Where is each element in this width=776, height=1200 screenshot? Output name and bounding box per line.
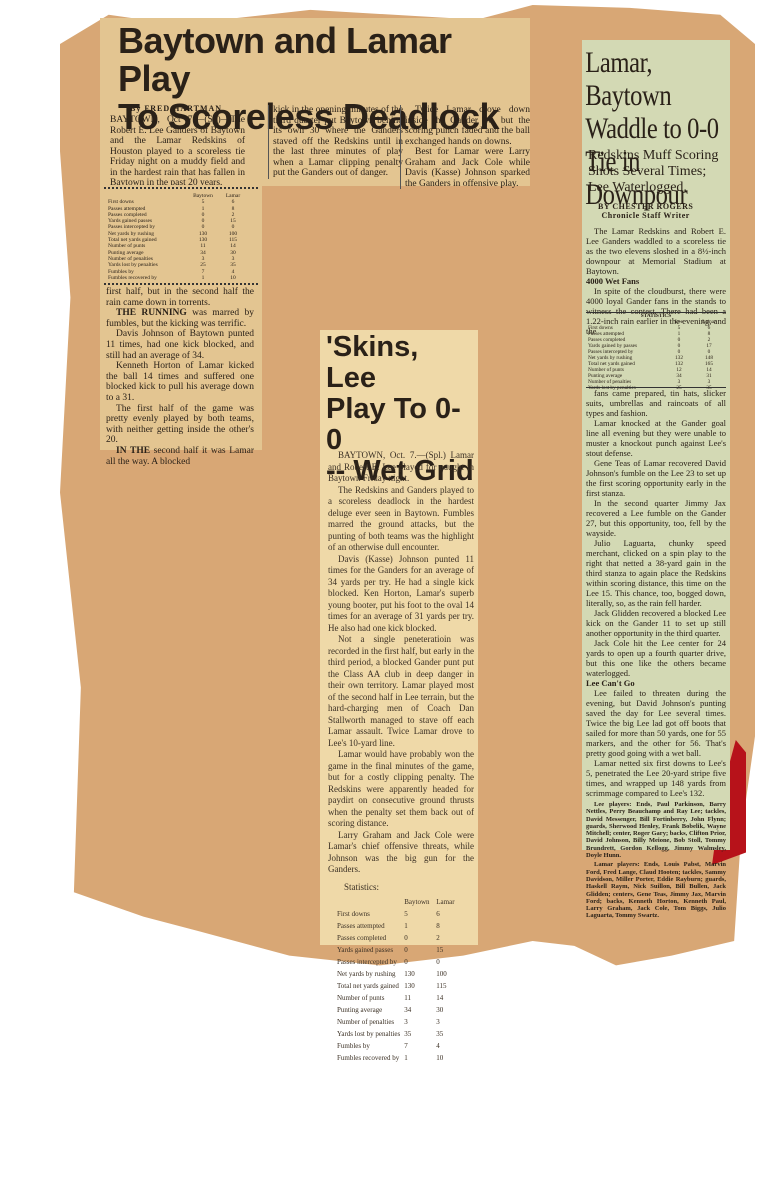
paragraph: Kenneth Horton of Lamar kicked the ball …: [106, 361, 254, 403]
stats-table-grid: LeeLamarFirst downs56Passes attempted18P…: [588, 319, 724, 391]
stats-header-cell: Baytown: [403, 897, 433, 907]
stats-label: Fumbles by: [336, 1041, 401, 1051]
stats-value: 1: [403, 1053, 433, 1063]
subheadline: Redskins Muff Scoring Shots Several Time…: [588, 148, 718, 196]
stats-box: STATISTICS LeeLamarFirst downs56Passes a…: [588, 313, 724, 391]
stats-label: Passes completed: [336, 933, 401, 943]
stats-value: 14: [435, 993, 465, 1003]
paragraph-lead: IN THE: [116, 446, 150, 456]
paragraph: Julio Laguarta, chunky speed merchant, c…: [586, 538, 726, 608]
stats-label: First downs: [336, 909, 401, 919]
stats-value: 100: [435, 969, 465, 979]
stats-label: Total net yards gained: [336, 981, 401, 991]
stats-label: Fumbles recovered by: [336, 1053, 401, 1063]
stats-row: Net yards by rushing130100: [336, 969, 465, 979]
paragraph: In the second quarter Jimmy Jax recovere…: [586, 498, 726, 538]
paragraph: Larry Graham and Jack Cole were Lamar's …: [328, 830, 474, 876]
column-text: Twice Lamar drove down inside the Gander…: [405, 105, 530, 147]
paragraph: fans came prepared, tin hats, slicker su…: [586, 388, 726, 418]
headline-line: Waddle to 0-0: [585, 112, 733, 145]
paragraph-lead: THE RUNNING: [116, 308, 187, 318]
stats-table: BaytownLamarFirst downs56Passes attempte…: [108, 193, 248, 281]
stats-row: Passes intercepted by00: [336, 957, 465, 967]
paragraph: Davis (Kasse) Johnson punted 11 times fo…: [328, 554, 474, 635]
stats-row: Passes attempted18: [336, 921, 465, 931]
stats-row: Number of penalties33: [336, 1017, 465, 1027]
stats-value: 10: [218, 275, 248, 281]
paragraph: THE RUNNING was marred by fumbles, but t…: [106, 308, 254, 329]
paragraph: Lee failed to threaten during the evenin…: [586, 688, 726, 758]
stats-label: Number of punts: [336, 993, 401, 1003]
stats-value: 115: [435, 981, 465, 991]
paragraph: Lamar netted six first downs to Lee's 5,…: [586, 758, 726, 798]
stats-label: Number of penalties: [336, 1017, 401, 1027]
stats-row: Yards gained passes015: [336, 945, 465, 955]
stats-row: Punting average3430: [336, 1005, 465, 1015]
stats-label: Yards gained passes: [336, 945, 401, 955]
stats-value: 1: [188, 275, 218, 281]
stats-value: 34: [403, 1005, 433, 1015]
stats-value: 15: [435, 945, 465, 955]
paragraph-text: Kenneth Horton of Lamar kicked the ball …: [106, 361, 254, 403]
stats-label: Passes intercepted by: [336, 957, 401, 967]
clipping-lamar-baytown-waddle: Lamar, Baytown Waddle to 0-0 Tie in Down…: [582, 40, 730, 850]
stats-table-grid: BaytownLamarFirst downs56Passes attempte…: [108, 193, 248, 281]
lee-players-list: Lee players: Ends, Paul Parkinson, Barry…: [586, 801, 726, 859]
stats-value: 130: [403, 981, 433, 991]
stats-value: 1: [403, 921, 433, 931]
headline-line: 'Skins, Lee: [326, 332, 474, 394]
paragraph: Jack Cole hit the Lee center for 24 yard…: [586, 638, 726, 678]
paragraph: Lamar would have probably won the game i…: [328, 749, 474, 830]
column-text: Best for Lamar were Larry Graham and Jac…: [405, 147, 530, 189]
stats-value: 6: [435, 909, 465, 919]
divider: [104, 283, 258, 285]
paragraph: first half, but in the second half the r…: [106, 287, 254, 308]
paragraph: Jack Glidden recovered a blocked Lee kic…: [586, 608, 726, 638]
paragraph: Lamar knocked at the Gander goal line al…: [586, 418, 726, 458]
subheadline-line: Shots Several Times;: [588, 164, 718, 180]
headline-line: Play To 0-0: [326, 394, 474, 456]
stats-value: 2: [435, 933, 465, 943]
stats-row: Passes completed02: [336, 933, 465, 943]
paragraph: Not a single peneteratioin was recorded …: [328, 634, 474, 749]
section-subhead: 4000 Wet Fans: [586, 276, 726, 286]
stats-row: Yards lost by penalties3535: [336, 1029, 465, 1039]
byline-name: BY CHESTER ROGERS: [598, 202, 693, 211]
stats-label: Yards lost by penalties: [336, 1029, 401, 1039]
subheadline-line: Redskins Muff Scoring: [588, 148, 718, 164]
stats-value: 35: [403, 1029, 433, 1039]
stats-value: 35: [435, 1029, 465, 1039]
stats-value: 30: [435, 1005, 465, 1015]
paragraph: The first half of the game was pretty ev…: [106, 404, 254, 446]
stats-value: 0: [403, 933, 433, 943]
stats-value: 8: [435, 921, 465, 931]
paragraph: BAYTOWN, Oct. 7.—(Spl.) Lamar and Robert…: [328, 450, 474, 485]
section-subhead: Lee Can't Go: [586, 678, 726, 688]
paragraph-text: The first half of the game was pretty ev…: [106, 404, 254, 446]
byline: By FRED HARTMAN: [130, 104, 222, 113]
stats-row: Fumbles recovered by110: [336, 1053, 465, 1063]
stats-label: Punting average: [336, 1005, 401, 1015]
paragraph: The Lamar Redskins and Robert E. Lee Gan…: [586, 226, 726, 276]
paragraph: IN THE second half it was Lamar all the …: [106, 446, 254, 467]
stats-value: 0: [435, 957, 465, 967]
stats-value: 3: [435, 1017, 465, 1027]
paragraph-text: Davis Johnson of Baytown punted 11 times…: [106, 329, 254, 360]
stats-value: 0: [403, 945, 433, 955]
paragraph-text: first half, but in the second half the r…: [106, 287, 254, 308]
paragraph: The Redskins and Ganders played to a sco…: [328, 485, 474, 554]
byline-title: Chronicle Staff Writer: [598, 211, 693, 220]
stats-label: Net yards by rushing: [336, 969, 401, 979]
stats-header-cell: [336, 897, 401, 907]
stats-header-row: BaytownLamar: [336, 897, 465, 907]
stats-value: 4: [435, 1041, 465, 1051]
divider: [104, 187, 258, 189]
article-column: Twice Lamar drove down inside the Gander…: [400, 105, 530, 189]
article-column: first half, but in the second half the r…: [106, 287, 254, 467]
stats-value: 10: [435, 1053, 465, 1063]
paragraph: Gene Teas of Lamar recovered David Johns…: [586, 458, 726, 498]
clipping-skins-lee-play: 'Skins, Lee Play To 0-0 -- Wet Grid BAYT…: [320, 330, 478, 945]
subheadline-line: Lee Waterlogged.: [588, 180, 718, 196]
stats-label: Fumbles recovered by: [108, 275, 188, 281]
article-body: BAYTOWN, Oct. 7.—(Spl.) Lamar and Robert…: [328, 450, 474, 1065]
stats-row: Fumbles by74: [336, 1041, 465, 1051]
stats-label: Passes attempted: [336, 921, 401, 931]
stats-table: BaytownLamarFirst downs56Passes attempte…: [334, 895, 474, 1065]
stats-value: 0: [403, 957, 433, 967]
byline: BY CHESTER ROGERS Chronicle Staff Writer: [598, 202, 693, 220]
stats-value: 11: [403, 993, 433, 1003]
stats-row: First downs56: [336, 909, 465, 919]
article-body: fans came prepared, tin hats, slicker su…: [586, 388, 726, 920]
stats-header-cell: Lamar: [435, 897, 465, 907]
stats-value: 3: [403, 1017, 433, 1027]
clipping-baytown-and-lamar-continued: BaytownLamarFirst downs56Passes attempte…: [100, 185, 262, 450]
headline-line: Lamar, Baytown: [585, 46, 733, 112]
stats-table-grid: BaytownLamarFirst downs56Passes attempte…: [334, 895, 467, 1065]
stats-table: LeeLamarFirst downs56Passes attempted18P…: [588, 319, 724, 391]
article-column: kick in the opening minutes of the third…: [268, 105, 403, 179]
stats-row: Total net yards gained130115: [336, 981, 465, 991]
stats-row: Number of punts1114: [336, 993, 465, 1003]
lamar-players-list: Lamar players: Ends, Louis Pabst, Marvin…: [586, 861, 726, 919]
column-text: BAYTOWN, Oct 7.—(Sp)—The Robert E. Lee G…: [110, 115, 245, 188]
headline-line: Baytown and Lamar Play: [118, 22, 520, 98]
stats-value: 5: [403, 909, 433, 919]
clipping-baytown-and-lamar: Baytown and Lamar Play To Scoreless Dead…: [100, 18, 530, 186]
stats-row: Fumbles recovered by110: [108, 275, 248, 281]
paragraph: Davis Johnson of Baytown punted 11 times…: [106, 329, 254, 361]
stats-value: 130: [403, 969, 433, 979]
stats-value: 7: [403, 1041, 433, 1051]
stats-label: Statistics:: [344, 882, 474, 894]
